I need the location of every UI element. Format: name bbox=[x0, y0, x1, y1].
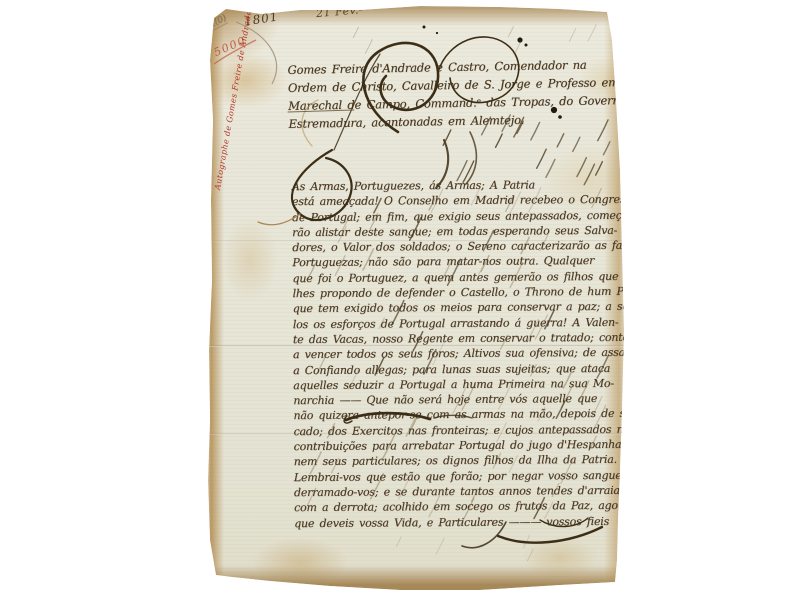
pencil-inventory-mark: 14(0) bbox=[203, 13, 229, 34]
margin-autograph-note: Autographe de Gomes Freire de Andrade bbox=[213, 41, 248, 190]
body-line: a vencer todos os seus foros; Altivos su… bbox=[293, 345, 617, 363]
proclamation-body: Ás Armas, Portuguezes, ás Armas; A Patri… bbox=[292, 177, 618, 531]
letterhead-titles: Gomes Freire d'Andrade e Castro, Comenda… bbox=[287, 55, 622, 133]
body-line: está ameaçada! O Conselho em Madrid rece… bbox=[292, 192, 616, 210]
body-line: nem seus particulares; os dignos filhos … bbox=[294, 452, 618, 470]
photo-stage: 14(0) 1801 21 Fev.º 5000 Autographe de G… bbox=[0, 0, 800, 599]
body-line: com a derrota; acolhido em socego os fru… bbox=[294, 498, 618, 516]
body-line: que tem exigido todos os meios para cons… bbox=[293, 299, 617, 317]
manuscript-page: 14(0) 1801 21 Fev.º 5000 Autographe de G… bbox=[0, 0, 800, 599]
body-line: que deveis vossa Vida, e Particulares ——… bbox=[294, 513, 618, 531]
date-annotation: 21 Fev.º bbox=[316, 3, 366, 20]
